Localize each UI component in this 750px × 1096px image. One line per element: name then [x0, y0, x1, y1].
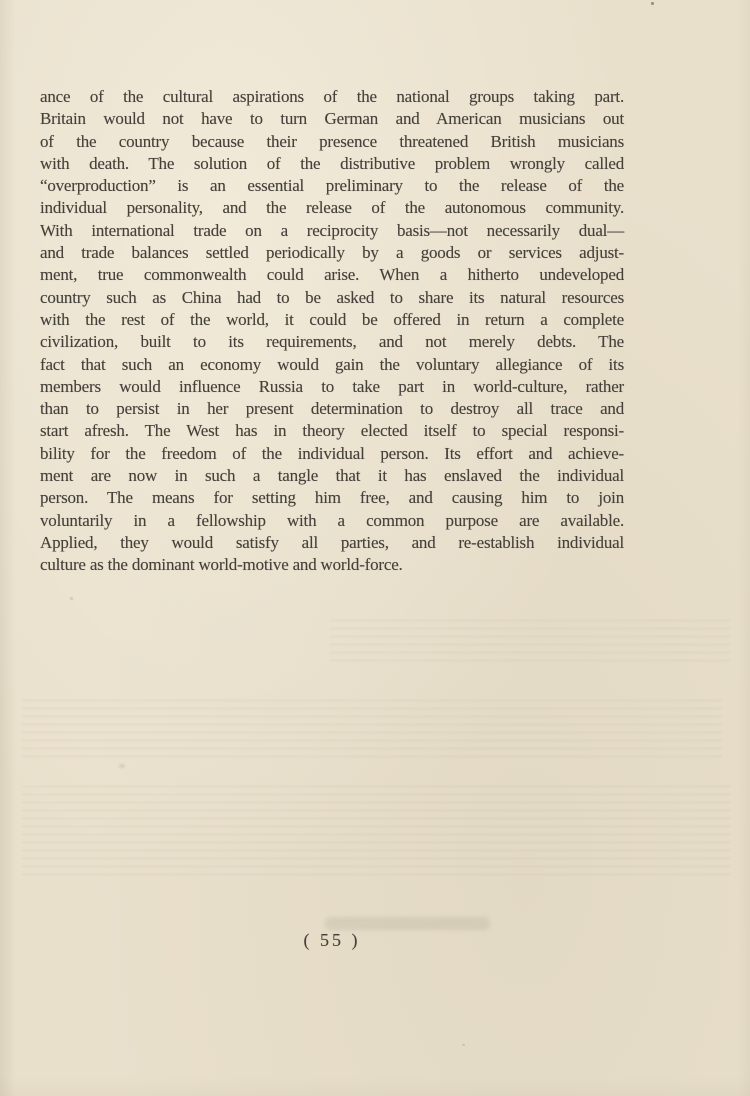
show-through-ghost	[22, 786, 730, 880]
show-through-ghost	[325, 917, 490, 930]
text-line: start afresh. The West has in theory ele…	[40, 420, 624, 442]
text-line: ment are now in such a tangle that it ha…	[40, 465, 624, 487]
show-through-ghost	[330, 620, 730, 666]
text-line: individual personality, and the release …	[40, 197, 624, 219]
text-line: and trade balances settled periodically …	[40, 242, 624, 264]
text-line: than to persist in her present determina…	[40, 398, 624, 420]
show-through-ghost	[22, 700, 722, 760]
text-line: culture as the dominant world-motive and…	[40, 554, 624, 576]
body-text: ance of the cultural aspirations of the …	[40, 86, 624, 577]
text-line: “overproduction” is an essential prelimi…	[40, 175, 624, 197]
text-line: person. The means for setting him free, …	[40, 487, 624, 509]
text-line: ance of the cultural aspirations of the …	[40, 86, 624, 108]
text-line: civilization, built to its requirements,…	[40, 331, 624, 353]
text-line: Britain would not have to turn German an…	[40, 108, 624, 130]
paper-speck	[119, 764, 125, 768]
book-page: ance of the cultural aspirations of the …	[0, 0, 750, 1096]
text-line: country such as China had to be asked to…	[40, 287, 624, 309]
text-line: With international trade on a reciprocit…	[40, 220, 624, 242]
text-line: Applied, they would satisfy all parties,…	[40, 532, 624, 554]
text-line: of the country because their presence th…	[40, 131, 624, 153]
paper-speck	[651, 2, 654, 5]
text-line: voluntarily in a fellowship with a commo…	[40, 510, 624, 532]
text-line: bility for the freedom of the individual…	[40, 443, 624, 465]
text-line: members would influence Russia to take p…	[40, 376, 624, 398]
text-line: ment, true commonwealth could arise. Whe…	[40, 264, 624, 286]
paper-speck	[70, 597, 73, 600]
text-line: with death. The solution of the distribu…	[40, 153, 624, 175]
text-line: fact that such an economy would gain the…	[40, 354, 624, 376]
text-line: with the rest of the world, it could be …	[40, 309, 624, 331]
page-number: ( 55 )	[40, 930, 624, 951]
paper-speck	[462, 1044, 465, 1046]
